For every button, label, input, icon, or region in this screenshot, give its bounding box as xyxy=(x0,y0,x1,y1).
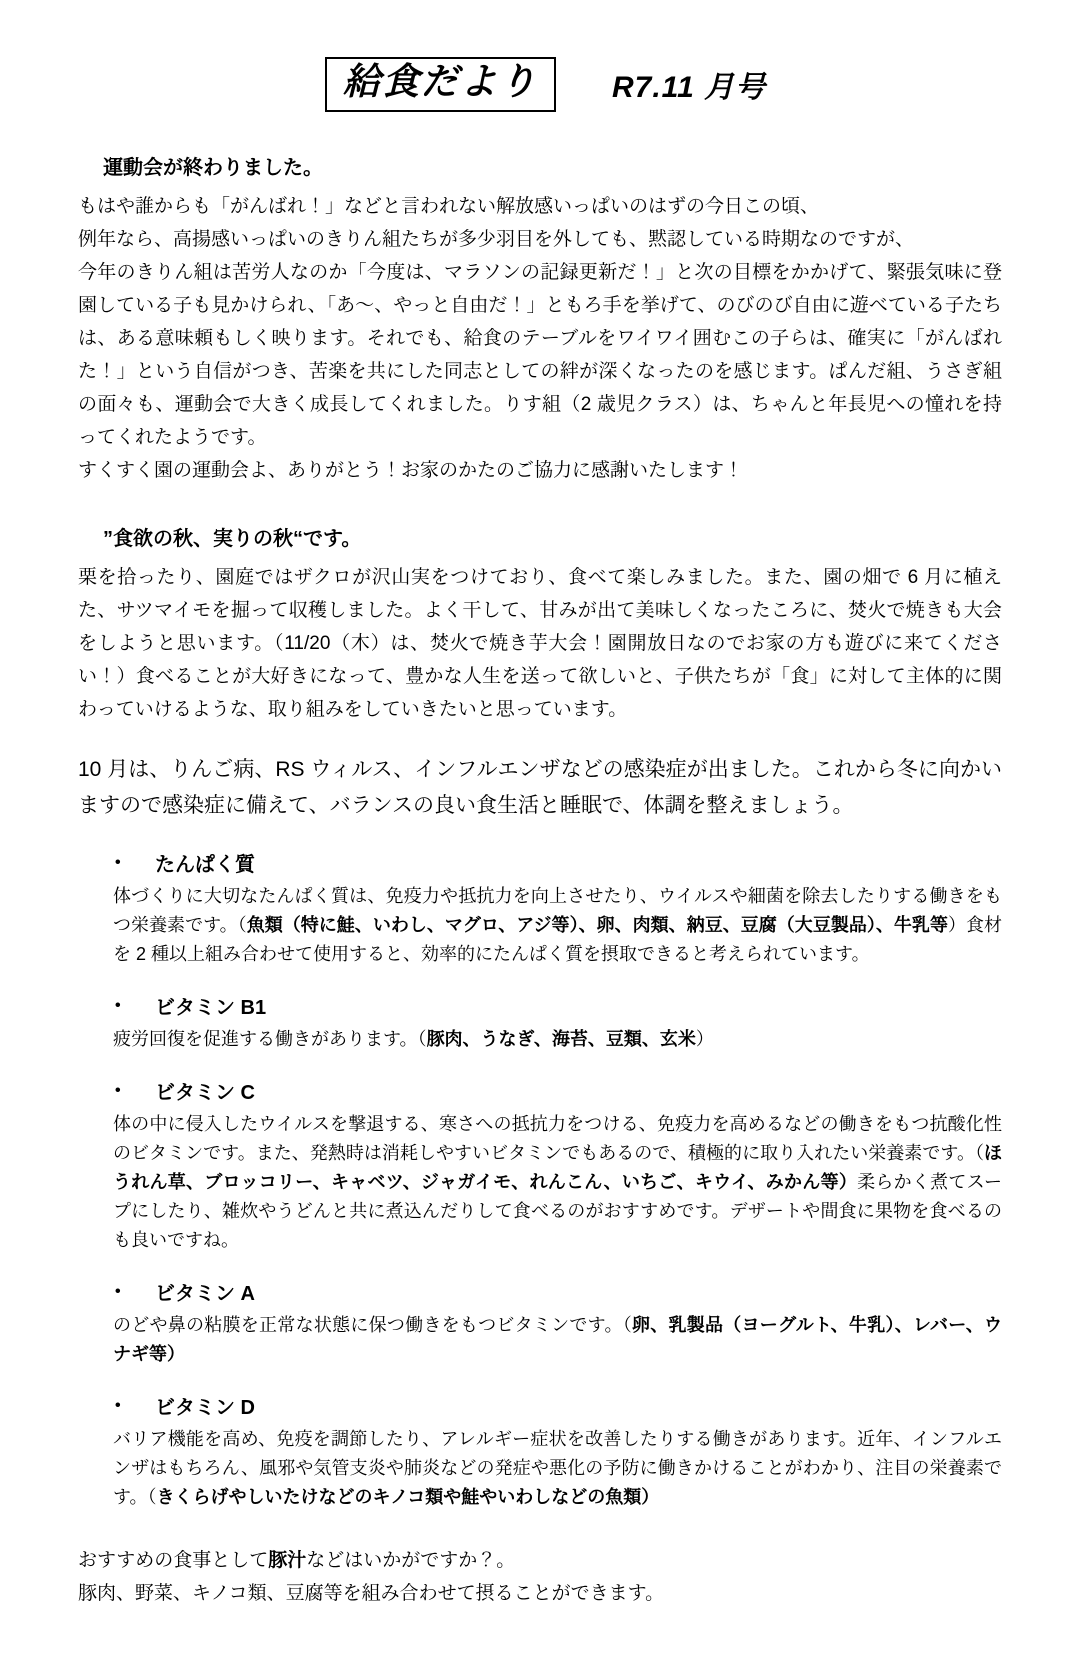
nutrient-heading: たんぱく質 xyxy=(155,850,1002,880)
nutrient-heading: ビタミン B1 xyxy=(155,993,1002,1023)
bullet-icon: • xyxy=(115,1397,121,1415)
nutrient-list: • たんぱく質 体づくりに大切なたんぱく質は、免疫力や抵抗力を向上させたり、ウイ… xyxy=(78,850,1002,1512)
closing-recommendation: おすすめの食事として豚汁などはいかがですか？。 豚肉、野菜、キノコ類、豆腐等を組… xyxy=(78,1544,1002,1610)
sports-day-body: もはや誰からも「がんばれ！」などと言われない解放感いっぱいのはずの今日この頃、 … xyxy=(78,190,1002,487)
nutrient-body: 疲労回復を促進する働きがあります。（豚肉、うなぎ、海苔、豆類、玄米） xyxy=(113,1025,1002,1054)
newsletter-page: 給食だより R7.11 月号 運動会が終わりました。 もはや誰からも「がんばれ！… xyxy=(0,0,1080,1659)
sports-day-heading: 運動会が終わりました。 xyxy=(103,154,1002,182)
autumn-body: 栗を拾ったり、園庭ではザクロが沢山実をつけており、食べて楽しみました。また、園の… xyxy=(78,561,1002,726)
health-notice: 10 月は、りんご病、RS ウィルス、インフルエンザなどの感染症が出ました。これ… xyxy=(78,752,1002,824)
autumn-heading: ”食欲の秋、実りの秋“です。 xyxy=(103,525,1002,553)
nutrient-body: 体の中に侵入したウイルスを撃退する、寒さへの抵抗力をつける、免疫力を高めるなどの… xyxy=(113,1110,1002,1255)
issue-label: R7.11 月号 xyxy=(612,62,766,106)
nutrient-heading: ビタミン C xyxy=(155,1078,1002,1108)
bullet-icon: • xyxy=(115,1082,121,1100)
list-item-vitamin-b1: • ビタミン B1 疲労回復を促進する働きがあります。（豚肉、うなぎ、海苔、豆類… xyxy=(113,993,1002,1054)
nutrient-body: のどや鼻の粘膜を正常な状態に保つ働きをもつビタミンです。（卵、乳製品（ヨーグルト… xyxy=(113,1311,1002,1369)
list-item-protein: • たんぱく質 体づくりに大切なたんぱく質は、免疫力や抵抗力を向上させたり、ウイ… xyxy=(113,850,1002,969)
list-item-vitamin-c: • ビタミン C 体の中に侵入したウイルスを撃退する、寒さへの抵抗力をつける、免… xyxy=(113,1078,1002,1255)
bullet-icon: • xyxy=(115,854,121,872)
section-sports-day: 運動会が終わりました。 もはや誰からも「がんばれ！」などと言われない解放感いっぱ… xyxy=(78,154,1002,487)
bullet-icon: • xyxy=(115,997,121,1015)
nutrient-body: 体づくりに大切なたんぱく質は、免疫力や抵抗力を向上させたり、ウイルスや細菌を除去… xyxy=(113,882,1002,969)
header: 給食だより R7.11 月号 xyxy=(325,57,1002,112)
list-item-vitamin-d: • ビタミン D バリア機能を高め、免疫を調節したり、アレルギー症状を改善したり… xyxy=(113,1393,1002,1512)
page-title: 給食だより xyxy=(343,61,538,102)
title-box: 給食だより xyxy=(325,57,556,112)
nutrient-body: バリア機能を高め、免疫を調節したり、アレルギー症状を改善したりする働きがあります… xyxy=(113,1425,1002,1512)
section-autumn: ”食欲の秋、実りの秋“です。 栗を拾ったり、園庭ではザクロが沢山実をつけており、… xyxy=(78,525,1002,726)
nutrient-heading: ビタミン D xyxy=(155,1393,1002,1423)
list-item-vitamin-a: • ビタミン A のどや鼻の粘膜を正常な状態に保つ働きをもつビタミンです。（卵、… xyxy=(113,1279,1002,1369)
nutrient-heading: ビタミン A xyxy=(155,1279,1002,1309)
bullet-icon: • xyxy=(115,1283,121,1301)
